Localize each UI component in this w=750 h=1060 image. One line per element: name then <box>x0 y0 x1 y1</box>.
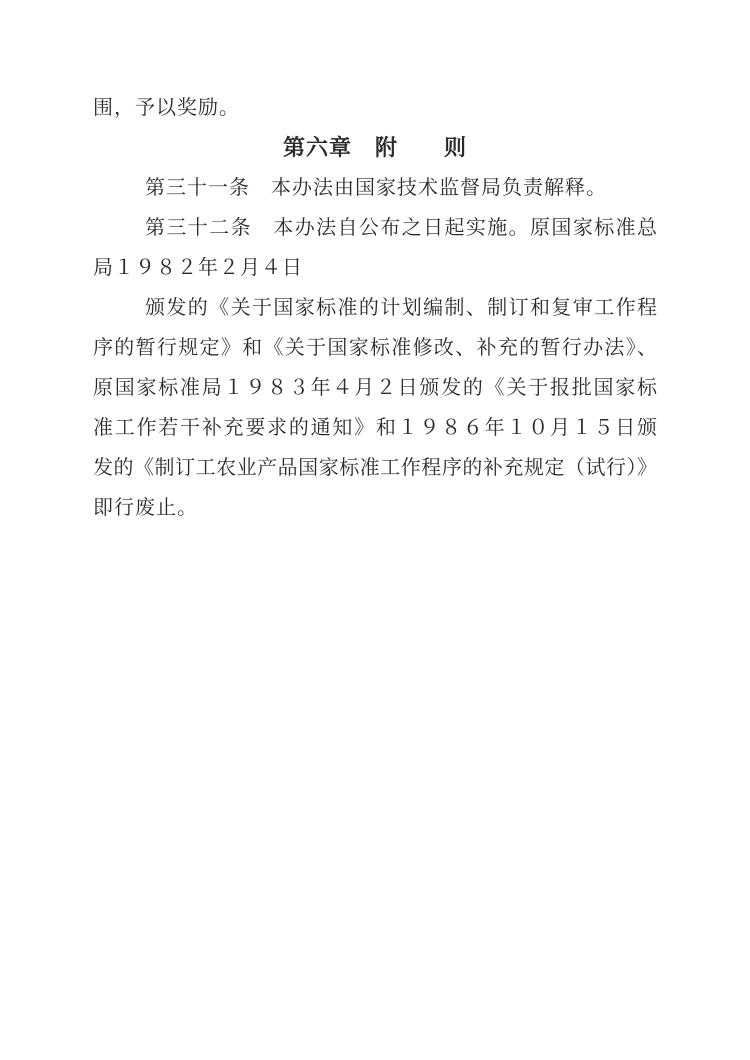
chapter-heading: 第六章 附 则 <box>93 128 657 168</box>
text-line: 发的《制订工农业产品国家标准工作程序的补充规定（试行）》 <box>93 448 657 488</box>
article-32-line: 第三十二条 本办法自公布之日起实施。原国家标准总 <box>93 208 657 248</box>
text-line: 原国家标准局１９８３年４月２日颁发的《关于报批国家标 <box>93 368 657 408</box>
document-page: 围，予以奖励。 第六章 附 则 第三十一条 本办法由国家技术监督局负责解释。 第… <box>0 0 750 1060</box>
paragraph-continuation-line: 围，予以奖励。 <box>93 88 657 128</box>
text-line: 局１９８２年２月４日 <box>93 248 657 288</box>
text-line: 准工作若干补充要求的通知》和１９８６年１０月１５日颁 <box>93 408 657 448</box>
document-text-column: 围，予以奖励。 第六章 附 则 第三十一条 本办法由国家技术监督局负责解释。 第… <box>93 88 657 528</box>
text-line: 颁发的《关于国家标准的计划编制、制订和复审工作程 <box>93 288 657 328</box>
text-line: 序的暂行规定》和《关于国家标准修改、补充的暂行办法》、 <box>93 328 657 368</box>
article-31-line: 第三十一条 本办法由国家技术监督局负责解释。 <box>93 168 657 208</box>
text-line: 即行废止。 <box>93 488 657 528</box>
